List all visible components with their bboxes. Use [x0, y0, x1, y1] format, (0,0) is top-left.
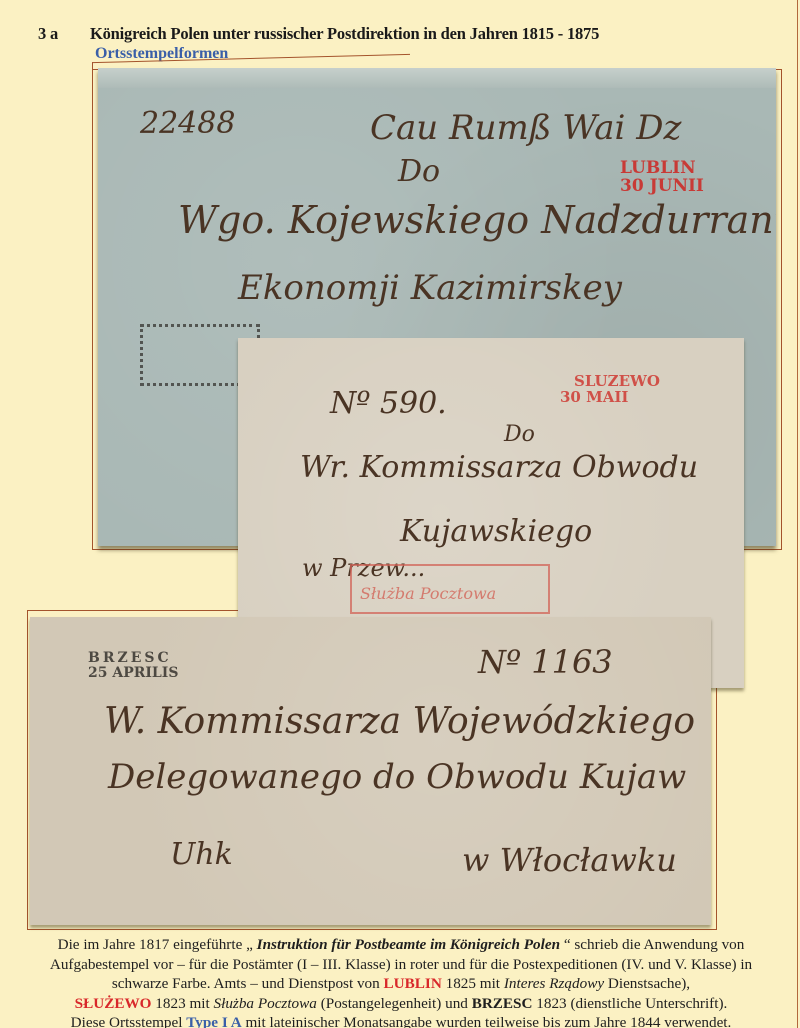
address-line: Wr. Kommissarza Obwodu: [300, 450, 698, 485]
postmark-date: 25 APRILIS: [88, 666, 178, 681]
caption-brzesc: BRZESC: [472, 995, 533, 1012]
address-line: Do: [398, 154, 440, 189]
postmark-lublin: LUBLIN 30 JUNII: [620, 160, 704, 196]
address-line: Cau Rumß Wai Dz: [370, 108, 681, 148]
caption-lublin: LUBLIN: [384, 975, 442, 992]
postmark-brzesc: BRZESC 25 APRILIS: [88, 651, 178, 680]
postmark-sluzewo: SLUZEWO 30 MAII: [560, 374, 660, 406]
page-title: Königreich Polen unter russischer Postdi…: [90, 24, 599, 43]
address-line: Uhk: [170, 837, 233, 872]
address-line: Wgo. Kojewskiego Nadzdurranwy: [178, 198, 776, 242]
caption-instruction-title: Instruktion für Postbeamte im Königreich…: [257, 936, 560, 953]
box-stamp-sluzba: Służba Pocztowa: [350, 564, 550, 614]
address-line: Delegowanego do Obwodu Kujaw: [108, 757, 686, 797]
caption-segment: 1825 mit: [442, 975, 504, 992]
letter-number: Nº 1163: [478, 643, 613, 681]
address-line: Do: [504, 422, 535, 447]
caption-segment: Dienstsache),: [604, 975, 690, 992]
postmark-date: 30 JUNII: [620, 178, 704, 196]
caption-sluzewo: SŁUŻEWO: [75, 995, 152, 1012]
caption-segment: mit lateinischer Monatsangabe wurden tei…: [242, 1014, 732, 1028]
address-line: W. Kommissarza Wojewódzkiego: [104, 701, 695, 742]
caption-text: Die im Jahre 1817 eingeführte „ Instrukt…: [20, 935, 782, 1028]
address-line: w Włocławku: [462, 841, 677, 879]
letter-number: Nº 590.: [330, 386, 447, 421]
section-number: 3 a: [38, 24, 90, 44]
caption-type: Type I A: [186, 1014, 241, 1028]
caption-segment: Die im Jahre 1817 eingeführte „: [58, 936, 257, 953]
caption-segment: Diese Ortsstempel: [71, 1014, 187, 1028]
caption-segment: 1823 (dienstliche Unterschrift).: [532, 995, 727, 1012]
caption-segment: (Postangelegenheit) und: [317, 995, 472, 1012]
letter-brzesc: BRZESC 25 APRILIS Nº 1163 W. Kommissarza…: [30, 617, 711, 925]
address-line: Kujawskiego: [400, 514, 592, 549]
caption-interes: Interes Rządowy: [504, 975, 604, 992]
address-line: Ekonomji Kazimirskey: [238, 268, 622, 308]
page-border: [797, 0, 798, 1028]
caption-segment: 1823 mit: [151, 995, 213, 1012]
caption-sluzba: Służba Pocztowa: [214, 995, 317, 1012]
box-stamp-text: Służba Pocztowa: [360, 584, 496, 603]
postmark-town: BRZESC: [88, 651, 178, 666]
letter-flap: [98, 68, 776, 88]
page-title-row: 3 aKönigreich Polen unter russischer Pos…: [38, 24, 599, 44]
letter-number: 22488: [140, 106, 235, 141]
postmark-date: 30 MAII: [560, 390, 660, 406]
